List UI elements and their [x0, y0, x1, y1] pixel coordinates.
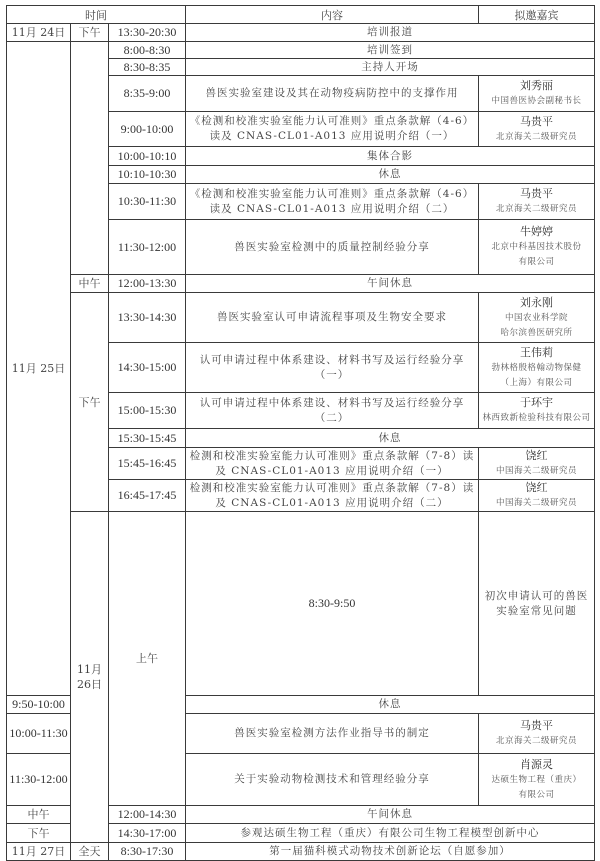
date-cell: 11月 24日 — [7, 24, 71, 42]
header-time: 时间 — [7, 6, 186, 24]
content-cell: 休息 — [186, 696, 595, 713]
time-cell: 13:30-14:30 — [109, 293, 186, 343]
guest-org: （上海）有限公司 — [481, 376, 592, 391]
guest-name: 饶红 — [481, 480, 592, 496]
training-schedule-table: 时间 内容 拟邀嘉宾 11月 24日 下午 13:30-20:30 培训报道 1… — [6, 5, 595, 712]
guest-cell: 刘永刚 中国农业科学院 哈尔滨兽医研究所 — [479, 293, 595, 343]
time-cell: 8:35-9:00 — [109, 76, 186, 112]
content-line-2: 及 CNAS-CL01-A013 应用说明介绍（一） — [188, 464, 476, 479]
content-line-1: 检测和校准实验室能力认可准则》重点条款解（7-8）读 — [188, 481, 476, 496]
content-cell: 《检测和校准实验室能力认可准则》重点条款解（4-6） 读及 CNAS-CL01-… — [186, 184, 479, 220]
time-cell: 10:30-11:30 — [109, 184, 186, 220]
guest-cell: 于环宇 林西致新检验科技有限公司 — [479, 393, 595, 429]
content-line-2: 读及 CNAS-CL01-A013 应用说明介绍（二） — [188, 202, 476, 217]
content-line-1: 认可申请过程中体系建设、材料书写及运行经验分享 — [188, 353, 476, 368]
time-cell: 8:30-8:35 — [109, 59, 186, 76]
content-cell: 休息 — [186, 429, 595, 448]
content-line-2: （一） — [188, 368, 476, 383]
content-line-2: 读及 CNAS-CL01-A013 应用说明介绍（一） — [188, 129, 476, 144]
content-line-1: 《检测和校准实验室能力认可准则》重点条款解（4-6） — [188, 187, 476, 202]
content-cell: 培训报道 — [186, 24, 595, 42]
time-cell: 15:30-15:45 — [109, 429, 186, 448]
guest-cell: 刘秀丽 中国兽医协会副秘书长 — [479, 76, 595, 112]
content-cell: 休息 — [186, 166, 595, 184]
content-line-1: 《检测和校准实验室能力认可准则》重点条款解（4-6） — [188, 114, 476, 129]
content-cell: 兽医实验室建设及其在动物疫病防控中的支撑作用 — [186, 76, 479, 112]
time-cell: 12:00-13:30 — [109, 275, 186, 293]
content-cell: 培训签到 — [186, 42, 595, 59]
time-cell: 9:50-10:00 — [7, 696, 71, 713]
guest-name: 饶红 — [481, 448, 592, 464]
guest-org: 中国海关二级研究员 — [481, 496, 592, 511]
period-cell: 中午 — [71, 275, 109, 293]
content-cell: 认可申请过程中体系建设、材料书写及运行经验分享 （二） — [186, 393, 479, 429]
header-content: 内容 — [186, 6, 479, 24]
content-cell: 午间休息 — [186, 275, 595, 293]
time-cell: 8:30-9:50 — [186, 512, 479, 696]
period-cell: 上午 — [109, 512, 186, 713]
table-row: 下午 13:30-14:30 兽医实验室认可申请流程事项及生物安全要求 刘永刚 … — [7, 293, 595, 343]
guest-cell: 牛婷婷 北京中科基因技术股份 有限公司 — [479, 220, 595, 275]
guest-name: 刘永刚 — [481, 295, 592, 311]
content-line-1: 认可申请过程中体系建设、材料书写及运行经验分享 — [188, 396, 476, 411]
guest-org: 北京海关二级研究员 — [481, 202, 592, 217]
guest-cell: 王伟莉 勃林格殷格翰动物保健 （上海）有限公司 — [479, 343, 595, 393]
content-cell: 集体合影 — [186, 147, 595, 166]
period-cell: 下午 — [71, 24, 109, 42]
content-cell: 检测和校准实验室能力认可准则》重点条款解（7-8）读 及 CNAS-CL01-A… — [186, 448, 479, 480]
time-cell: 9:00-10:00 — [109, 112, 186, 147]
time-cell: 15:00-15:30 — [109, 393, 186, 429]
guest-org: 北京中科基因技术股份 — [481, 240, 592, 255]
header-row: 时间 内容 拟邀嘉宾 — [7, 6, 595, 24]
guest-org: 有限公司 — [481, 255, 592, 270]
guest-cell: 马贵平 北京海关二级研究员 — [479, 112, 595, 147]
table-row: 中午 12:00-13:30 午间休息 — [7, 275, 595, 293]
guest-name: 于环宇 — [481, 395, 592, 411]
time-cell: 14:30-15:00 — [109, 343, 186, 393]
time-cell: 10:10-10:30 — [109, 166, 186, 184]
content-cell: 《检测和校准实验室能力认可准则》重点条款解（4-6） 读及 CNAS-CL01-… — [186, 112, 479, 147]
table-row: 11月 25日 8:00-8:30 培训签到 — [7, 42, 595, 59]
guest-name: 马贵平 — [481, 114, 592, 130]
date-cell: 11月 26日 — [71, 512, 109, 713]
content-line-2: 及 CNAS-CL01-A013 应用说明介绍（二） — [188, 496, 476, 511]
content-cell: 初次申请认可的兽医实验室常见问题 — [479, 512, 595, 696]
content-line-2: （二） — [188, 411, 476, 426]
time-cell: 11:30-12:00 — [109, 220, 186, 275]
guest-cell: 饶红 中国海关二级研究员 — [479, 448, 595, 480]
time-cell: 16:45-17:45 — [109, 480, 186, 512]
guest-name: 王伟莉 — [481, 345, 592, 361]
content-cell: 主持人开场 — [186, 59, 595, 76]
guest-org: 哈尔滨兽医研究所 — [481, 326, 592, 341]
time-cell: 15:45-16:45 — [109, 448, 186, 480]
content-cell: 兽医实验室认可申请流程事项及生物安全要求 — [186, 293, 479, 343]
guest-org: 中国兽医协会副秘书长 — [481, 94, 592, 109]
period-cell: 下午 — [71, 293, 109, 512]
guest-cell: 饶红 中国海关二级研究员 — [479, 480, 595, 512]
date-cell: 11月 25日 — [7, 42, 71, 696]
table-row: 11月 24日 下午 13:30-20:30 培训报道 — [7, 24, 595, 42]
guest-org: 勃林格殷格翰动物保健 — [481, 361, 592, 376]
guest-name: 牛婷婷 — [481, 224, 592, 240]
guest-name: 刘秀丽 — [481, 78, 592, 94]
period-cell — [71, 42, 109, 275]
guest-org: 中国海关二级研究员 — [481, 464, 592, 479]
content-cell: 检测和校准实验室能力认可准则》重点条款解（7-8）读 及 CNAS-CL01-A… — [186, 480, 479, 512]
header-guest: 拟邀嘉宾 — [479, 6, 595, 24]
guest-org: 林西致新检验科技有限公司 — [481, 411, 592, 426]
guest-name: 马贵平 — [481, 186, 592, 202]
content-cell: 兽医实验室检测中的质量控制经验分享 — [186, 220, 479, 275]
guest-cell: 马贵平 北京海关二级研究员 — [479, 184, 595, 220]
guest-org: 中国农业科学院 — [481, 311, 592, 326]
time-cell: 8:00-8:30 — [109, 42, 186, 59]
time-cell: 13:30-20:30 — [109, 24, 186, 42]
content-cell: 认可申请过程中体系建设、材料书写及运行经验分享 （一） — [186, 343, 479, 393]
content-line-1: 检测和校准实验室能力认可准则》重点条款解（7-8）读 — [188, 449, 476, 464]
time-cell: 10:00-10:10 — [109, 147, 186, 166]
guest-org: 北京海关二级研究员 — [481, 130, 592, 145]
table-row: 11月 26日 上午 8:30-9:50 初次申请认可的兽医实验室常见问题 马贵… — [7, 512, 595, 696]
